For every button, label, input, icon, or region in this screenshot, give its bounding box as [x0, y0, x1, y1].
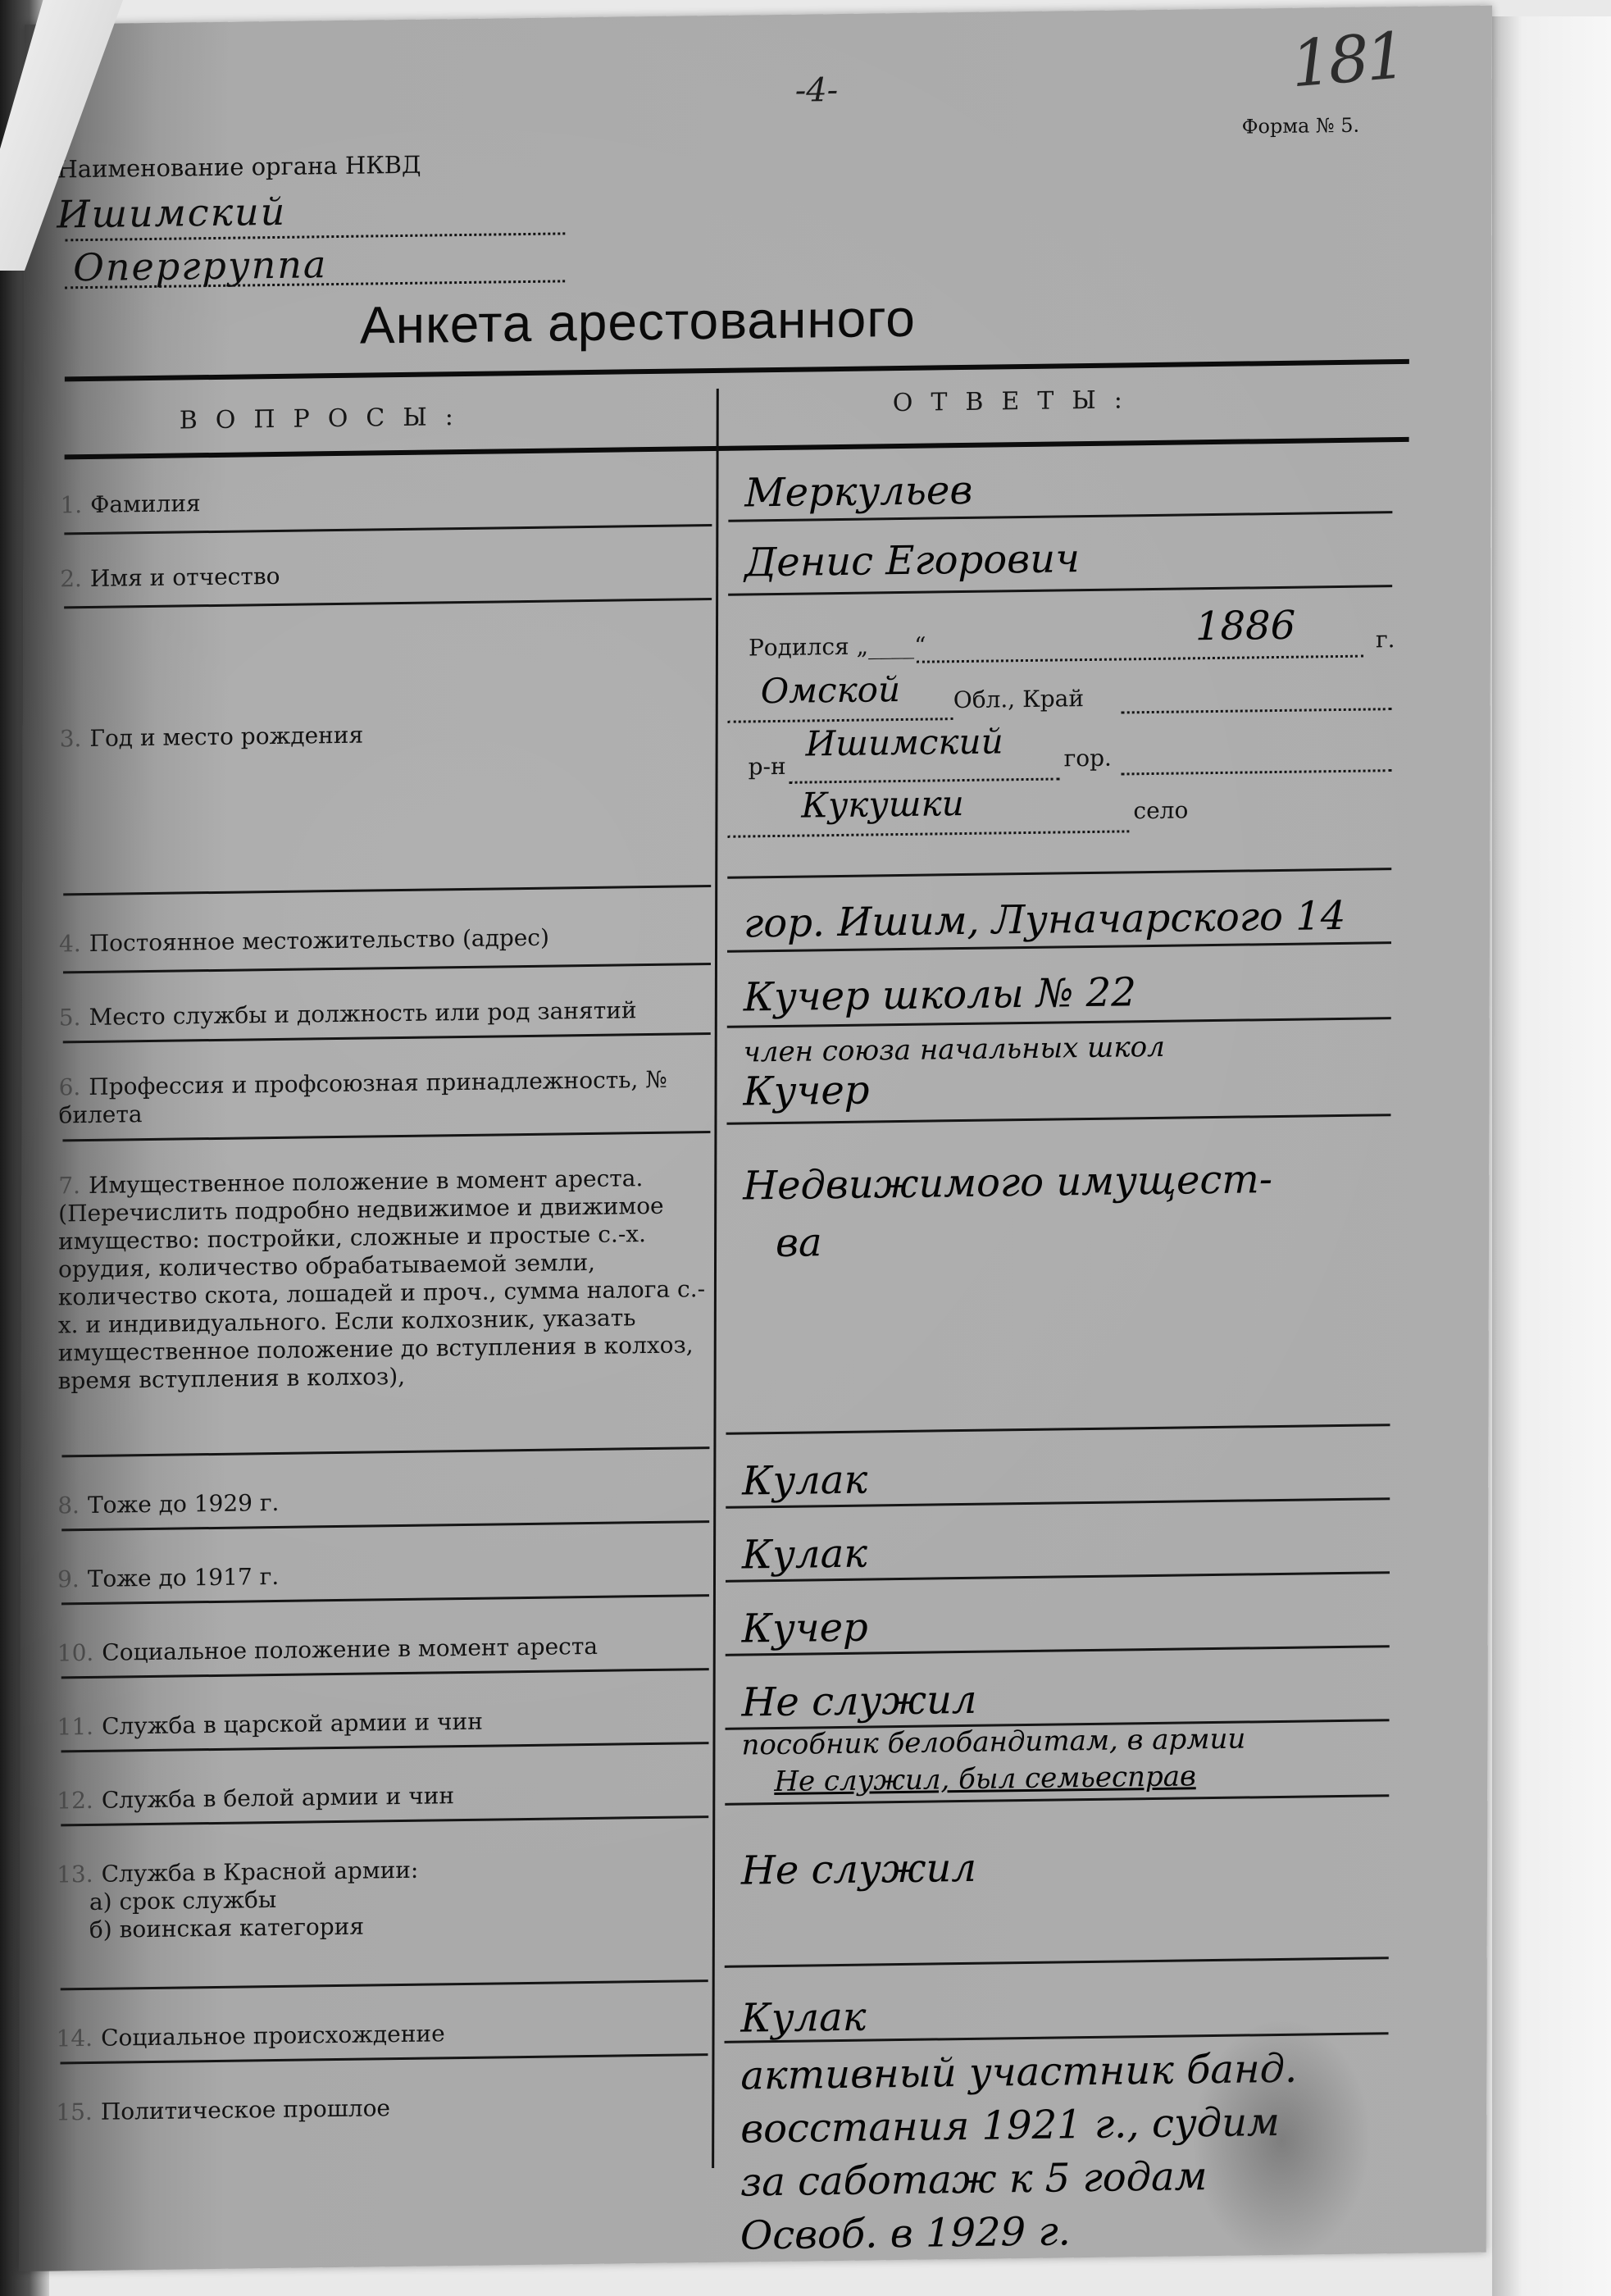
archive-sheet-number: 181 [1289, 19, 1406, 102]
row-divider [60, 2053, 708, 2064]
row-divider [64, 524, 712, 535]
question-profession-union: 6.Профессия и профсоюзная принадлежность… [58, 1065, 706, 1129]
answer-union-line-2: Кучер [743, 1068, 869, 1115]
row-divider [63, 885, 711, 895]
answer-before-1929: Кулак [742, 1457, 867, 1505]
row-divider [61, 1979, 708, 1990]
answer-name-patronymic: Денис Егорович [744, 535, 1080, 585]
answer-occupation: Кучер школы № 22 [744, 969, 1136, 1020]
question-address: 4.Постоянное местожительство (адрес) [59, 922, 707, 958]
birth-year: 1886 [1195, 603, 1295, 650]
column-divider [712, 389, 719, 2168]
answer-underline [726, 1114, 1390, 1125]
answer-address: гор. Ишим, Луначарского 14 [744, 893, 1345, 947]
answer-property-line-2: ва [776, 1219, 822, 1266]
question-birth: 3.Год и место рождения [60, 717, 708, 753]
question-occupation: 5.Место службы и должность или род занят… [59, 995, 707, 1032]
question-name-patronymic: 2.Имя и отчество [60, 557, 708, 593]
answer-underline [726, 1424, 1390, 1435]
answer-underline [727, 868, 1391, 879]
questions-header: ВОПРОСЫ: [180, 403, 471, 435]
village-label: село [1133, 796, 1188, 824]
page-title: Анкета арестованного [360, 288, 916, 356]
answer-political-line-4: Освоб. в 1929 г. [740, 2208, 1071, 2258]
row-divider [61, 1668, 709, 1679]
row-divider [61, 1742, 708, 1752]
answer-white-army-line-1: пособник белобандитам, в армии [741, 1723, 1245, 1762]
question-red-army: 13.Служба в Красной армии: а) срок служб… [57, 1852, 704, 1944]
answer-social-origin: Кулак [741, 1994, 867, 2042]
answer-union-line-1: член союза начальных школ [744, 1031, 1165, 1069]
question-social-origin: 14.Социальное происхождение [57, 2016, 704, 2052]
birth-district: Ишимский [806, 721, 1003, 763]
form-number: Форма № 5. [1242, 114, 1360, 139]
page-marker: -4- [795, 71, 839, 110]
answer-property-line-1: Недвижимого имущест- [743, 1156, 1272, 1209]
row-divider [61, 1815, 708, 1826]
org-handwritten-line-1: Ишимский [57, 189, 286, 237]
born-label: Родился „____“ [749, 632, 926, 662]
org-handwritten-line-2: Опергруппа [73, 242, 327, 289]
village-field-line [727, 830, 1129, 837]
row-divider [64, 598, 712, 608]
question-political-past: 15.Политическое прошлое [56, 2090, 703, 2126]
page-stack-edge [1492, 16, 1611, 2296]
question-tsarist-army: 11.Служба в царской армии и чин [57, 1705, 705, 1741]
row-divider [61, 1446, 709, 1457]
questionnaire-sheet: -4- 181 Форма № 5. Наименование органа Н… [19, 6, 1492, 2272]
region-label: Обл., Край [953, 685, 1084, 713]
answer-social-status: Кучер [742, 1605, 868, 1652]
question-white-army: 12.Служба в белой армии и чин [57, 1779, 704, 1815]
question-before-1917: 9.Тоже до 1917 г. [57, 1557, 705, 1593]
answer-red-army: Не служил [741, 1845, 976, 1894]
row-divider [61, 1520, 709, 1531]
town-field-line [1122, 769, 1392, 775]
question-surname: 1.Фамилия [60, 483, 708, 519]
town-label: гор. [1064, 745, 1112, 772]
row-divider [62, 1131, 710, 1141]
answer-white-army-line-2: Не служил, был семьесправ [774, 1760, 1196, 1798]
row-divider [63, 963, 711, 973]
answer-political-line-3: за саботаж к 5 годам [740, 2153, 1208, 2205]
answer-before-1917: Кулак [742, 1531, 867, 1578]
header-rule-bottom [65, 437, 1409, 459]
row-divider [63, 1032, 711, 1043]
ink-stain [1191, 2016, 1372, 2264]
answer-underline [725, 1957, 1389, 1968]
year-suffix: г. [1376, 626, 1395, 653]
header-rule-top [65, 359, 1409, 381]
answer-tsarist-army: Не служил [742, 1677, 977, 1726]
answer-surname: Меркульев [744, 467, 972, 517]
answers-header: ОТВЕТЫ: [893, 385, 1140, 417]
row-divider [61, 1594, 709, 1605]
org-label: Наименование органа НКВД [57, 151, 421, 184]
year-field-line [917, 655, 1363, 663]
answer-underline [728, 585, 1392, 596]
region-field-line-2 [1122, 708, 1392, 713]
district-prefix: р-н [749, 753, 786, 781]
birth-village: Кукушки [801, 783, 963, 826]
birth-region: Омской [761, 669, 900, 711]
question-before-1929: 8.Тоже до 1929 г. [57, 1483, 705, 1519]
question-property: 7.Имущественное положение в момент арест… [58, 1164, 707, 1395]
question-social-status: 10.Социальное положение в момент ареста [57, 1631, 705, 1667]
